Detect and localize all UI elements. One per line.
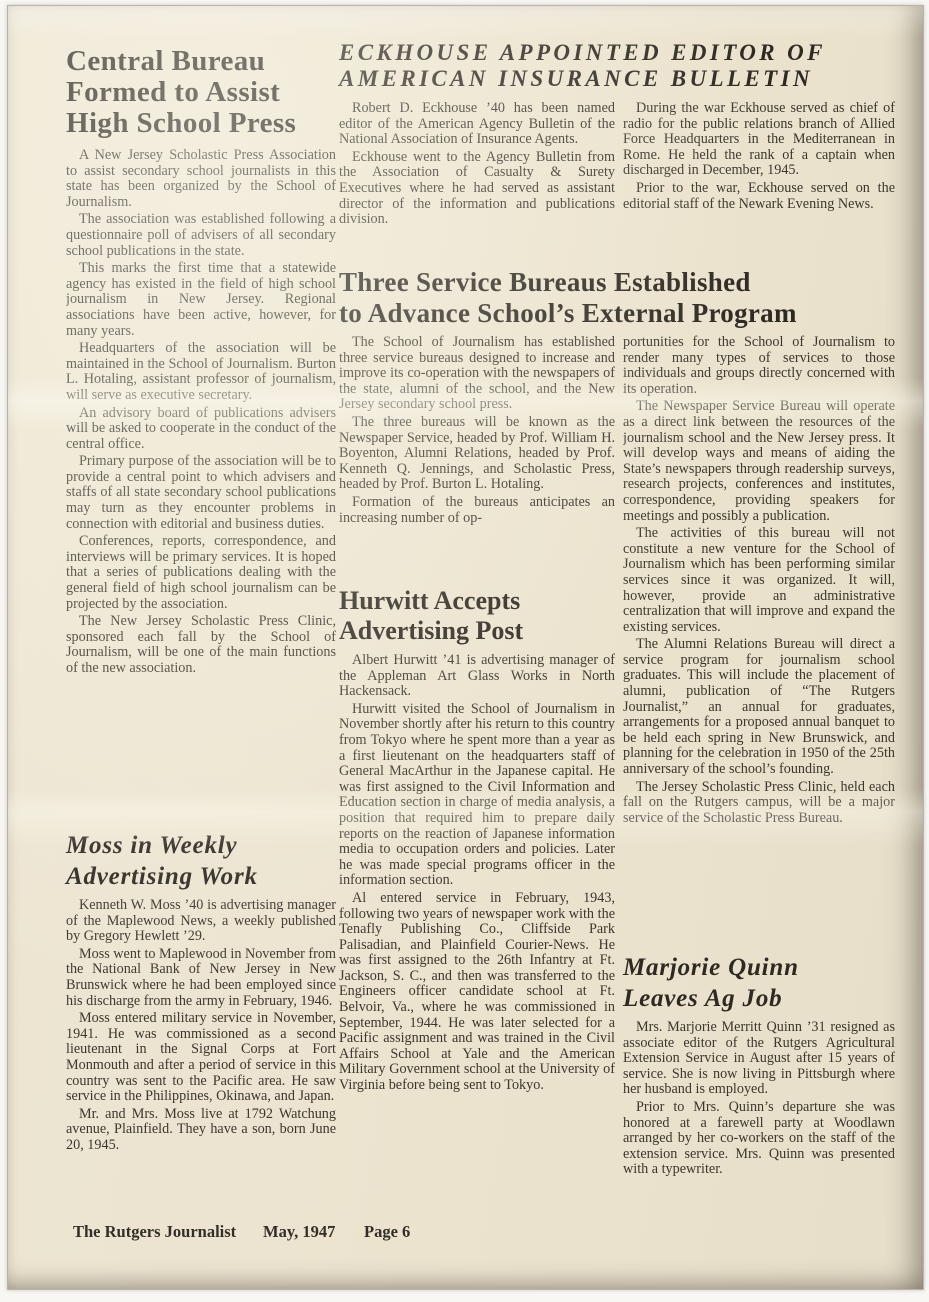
article-headline: Hurwitt Accepts Advertising Post [339, 586, 615, 646]
article-three-bureaus-column-2: portunities for the School of Journalism… [623, 335, 895, 828]
article-quinn: Marjorie Quinn Leaves Ag Job Mrs. Marjor… [623, 952, 895, 1180]
headline-line: ECKHOUSE APPOINTED EDITOR OF [339, 40, 826, 66]
article-three-bureaus-column-1: The School of Journalism has established… [339, 335, 615, 528]
article-headline-eckhouse: ECKHOUSE APPOINTED EDITOR OF AMERICAN IN… [339, 40, 826, 92]
article-paragraph: The association was established followin… [66, 212, 336, 259]
article-body: Mrs. Marjorie Merritt Quinn ’31 resigned… [623, 1020, 895, 1180]
article-paragraph: The Alumni Relations Bureau will direct … [623, 637, 895, 777]
article-body: A New Jersey Scholastic Press Associatio… [66, 148, 336, 679]
article-headline-three-bureaus: Three Service Bureaus Established to Adv… [339, 267, 797, 329]
article-headline: Marjorie Quinn Leaves Ag Job [623, 952, 895, 1014]
page-footer: The Rutgers Journalist May, 1947 Page 6 [73, 1222, 653, 1244]
article-paragraph: Robert D. Eckhouse ’40 has been named ed… [339, 101, 615, 148]
article-body: Kenneth W. Moss ’40 is advertising manag… [66, 898, 336, 1156]
newspaper-page: Central Bureau Formed to Assist High Sch… [0, 0, 929, 1302]
headline-line: to Advance School’s External Program [339, 298, 797, 329]
article-hurwitt: Hurwitt Accepts Advertising Post Albert … [339, 586, 615, 1096]
article-paragraph: Primary purpose of the association will … [66, 454, 336, 532]
footer-publication-name: The Rutgers Journalist [73, 1222, 236, 1242]
headline-line: Formed to Assist [66, 77, 336, 108]
article-paragraph: Mrs. Marjorie Merritt Quinn ’31 resigned… [623, 1020, 895, 1098]
headline-line: Three Service Bureaus Established [339, 267, 797, 298]
article-paragraph: The Newspaper Service Bureau will operat… [623, 399, 895, 524]
article-paragraph: An advisory board of publications advise… [66, 406, 336, 453]
headline-line: AMERICAN INSURANCE BULLETIN [339, 66, 826, 92]
article-paragraph: Moss went to Maplewood in November from … [66, 947, 336, 1009]
article-paragraph: portunities for the School of Journalism… [623, 335, 895, 397]
headline-line: Central Bureau [66, 46, 336, 77]
paper-scan: Central Bureau Formed to Assist High Sch… [7, 5, 924, 1290]
article-paragraph: Al entered service in February, 1943, fo… [339, 891, 615, 1094]
article-paragraph: During the war Eckhouse served as chief … [623, 101, 895, 179]
article-headline: Moss in Weekly Advertising Work [66, 830, 336, 892]
article-headline: Central Bureau Formed to Assist High Sch… [66, 46, 336, 139]
headline-line: Moss in Weekly [66, 830, 336, 861]
headline-line: Hurwitt Accepts [339, 586, 615, 616]
headline-line: Leaves Ag Job [623, 983, 895, 1014]
article-paragraph: Prior to Mrs. Quinn’s departure she was … [623, 1100, 895, 1178]
headline-line: Marjorie Quinn [623, 952, 895, 983]
article-paragraph: The activities of this bureau will not c… [623, 526, 895, 635]
article-central-bureau: Central Bureau Formed to Assist High Sch… [66, 46, 336, 679]
headline-line: High School Press [66, 108, 336, 139]
article-paragraph: Moss entered military service in Novembe… [66, 1011, 336, 1105]
article-paragraph: Prior to the war, Eckhouse served on the… [623, 181, 895, 212]
article-paragraph: Albert Hurwitt ’41 is advertising manage… [339, 653, 615, 700]
article-paragraph: Eckhouse went to the Agency Bulletin fro… [339, 150, 615, 228]
article-paragraph: Mr. and Mrs. Moss live at 1792 Watchung … [66, 1107, 336, 1154]
headline-line: Advertising Post [339, 616, 615, 646]
article-paragraph: Conferences, reports, correspondence, an… [66, 534, 336, 612]
article-eckhouse-column-1: Robert D. Eckhouse ’40 has been named ed… [339, 101, 615, 230]
article-body: Albert Hurwitt ’41 is advertising manage… [339, 653, 615, 1096]
article-paragraph: Headquarters of the association will be … [66, 341, 336, 403]
article-paragraph: The New Jersey Scholastic Press Clinic, … [66, 614, 336, 676]
article-paragraph: The Jersey Scholastic Press Clinic, held… [623, 780, 895, 827]
article-paragraph: Hurwitt visited the School of Journalism… [339, 702, 615, 889]
article-paragraph: This marks the first time that a statewi… [66, 261, 336, 339]
article-moss: Moss in Weekly Advertising Work Kenneth … [66, 830, 336, 1156]
article-paragraph: Kenneth W. Moss ’40 is advertising manag… [66, 898, 336, 945]
article-paragraph: A New Jersey Scholastic Press Associatio… [66, 148, 336, 210]
footer-date: May, 1947 [263, 1222, 335, 1242]
headline-line: Advertising Work [66, 861, 336, 892]
article-paragraph: The three bureaus will be known as the N… [339, 415, 615, 493]
article-paragraph: The School of Journalism has established… [339, 335, 615, 413]
article-eckhouse-column-2: During the war Eckhouse served as chief … [623, 101, 895, 214]
article-paragraph: Formation of the bureaus anticipates an … [339, 495, 615, 526]
footer-page-number: Page 6 [364, 1222, 410, 1242]
